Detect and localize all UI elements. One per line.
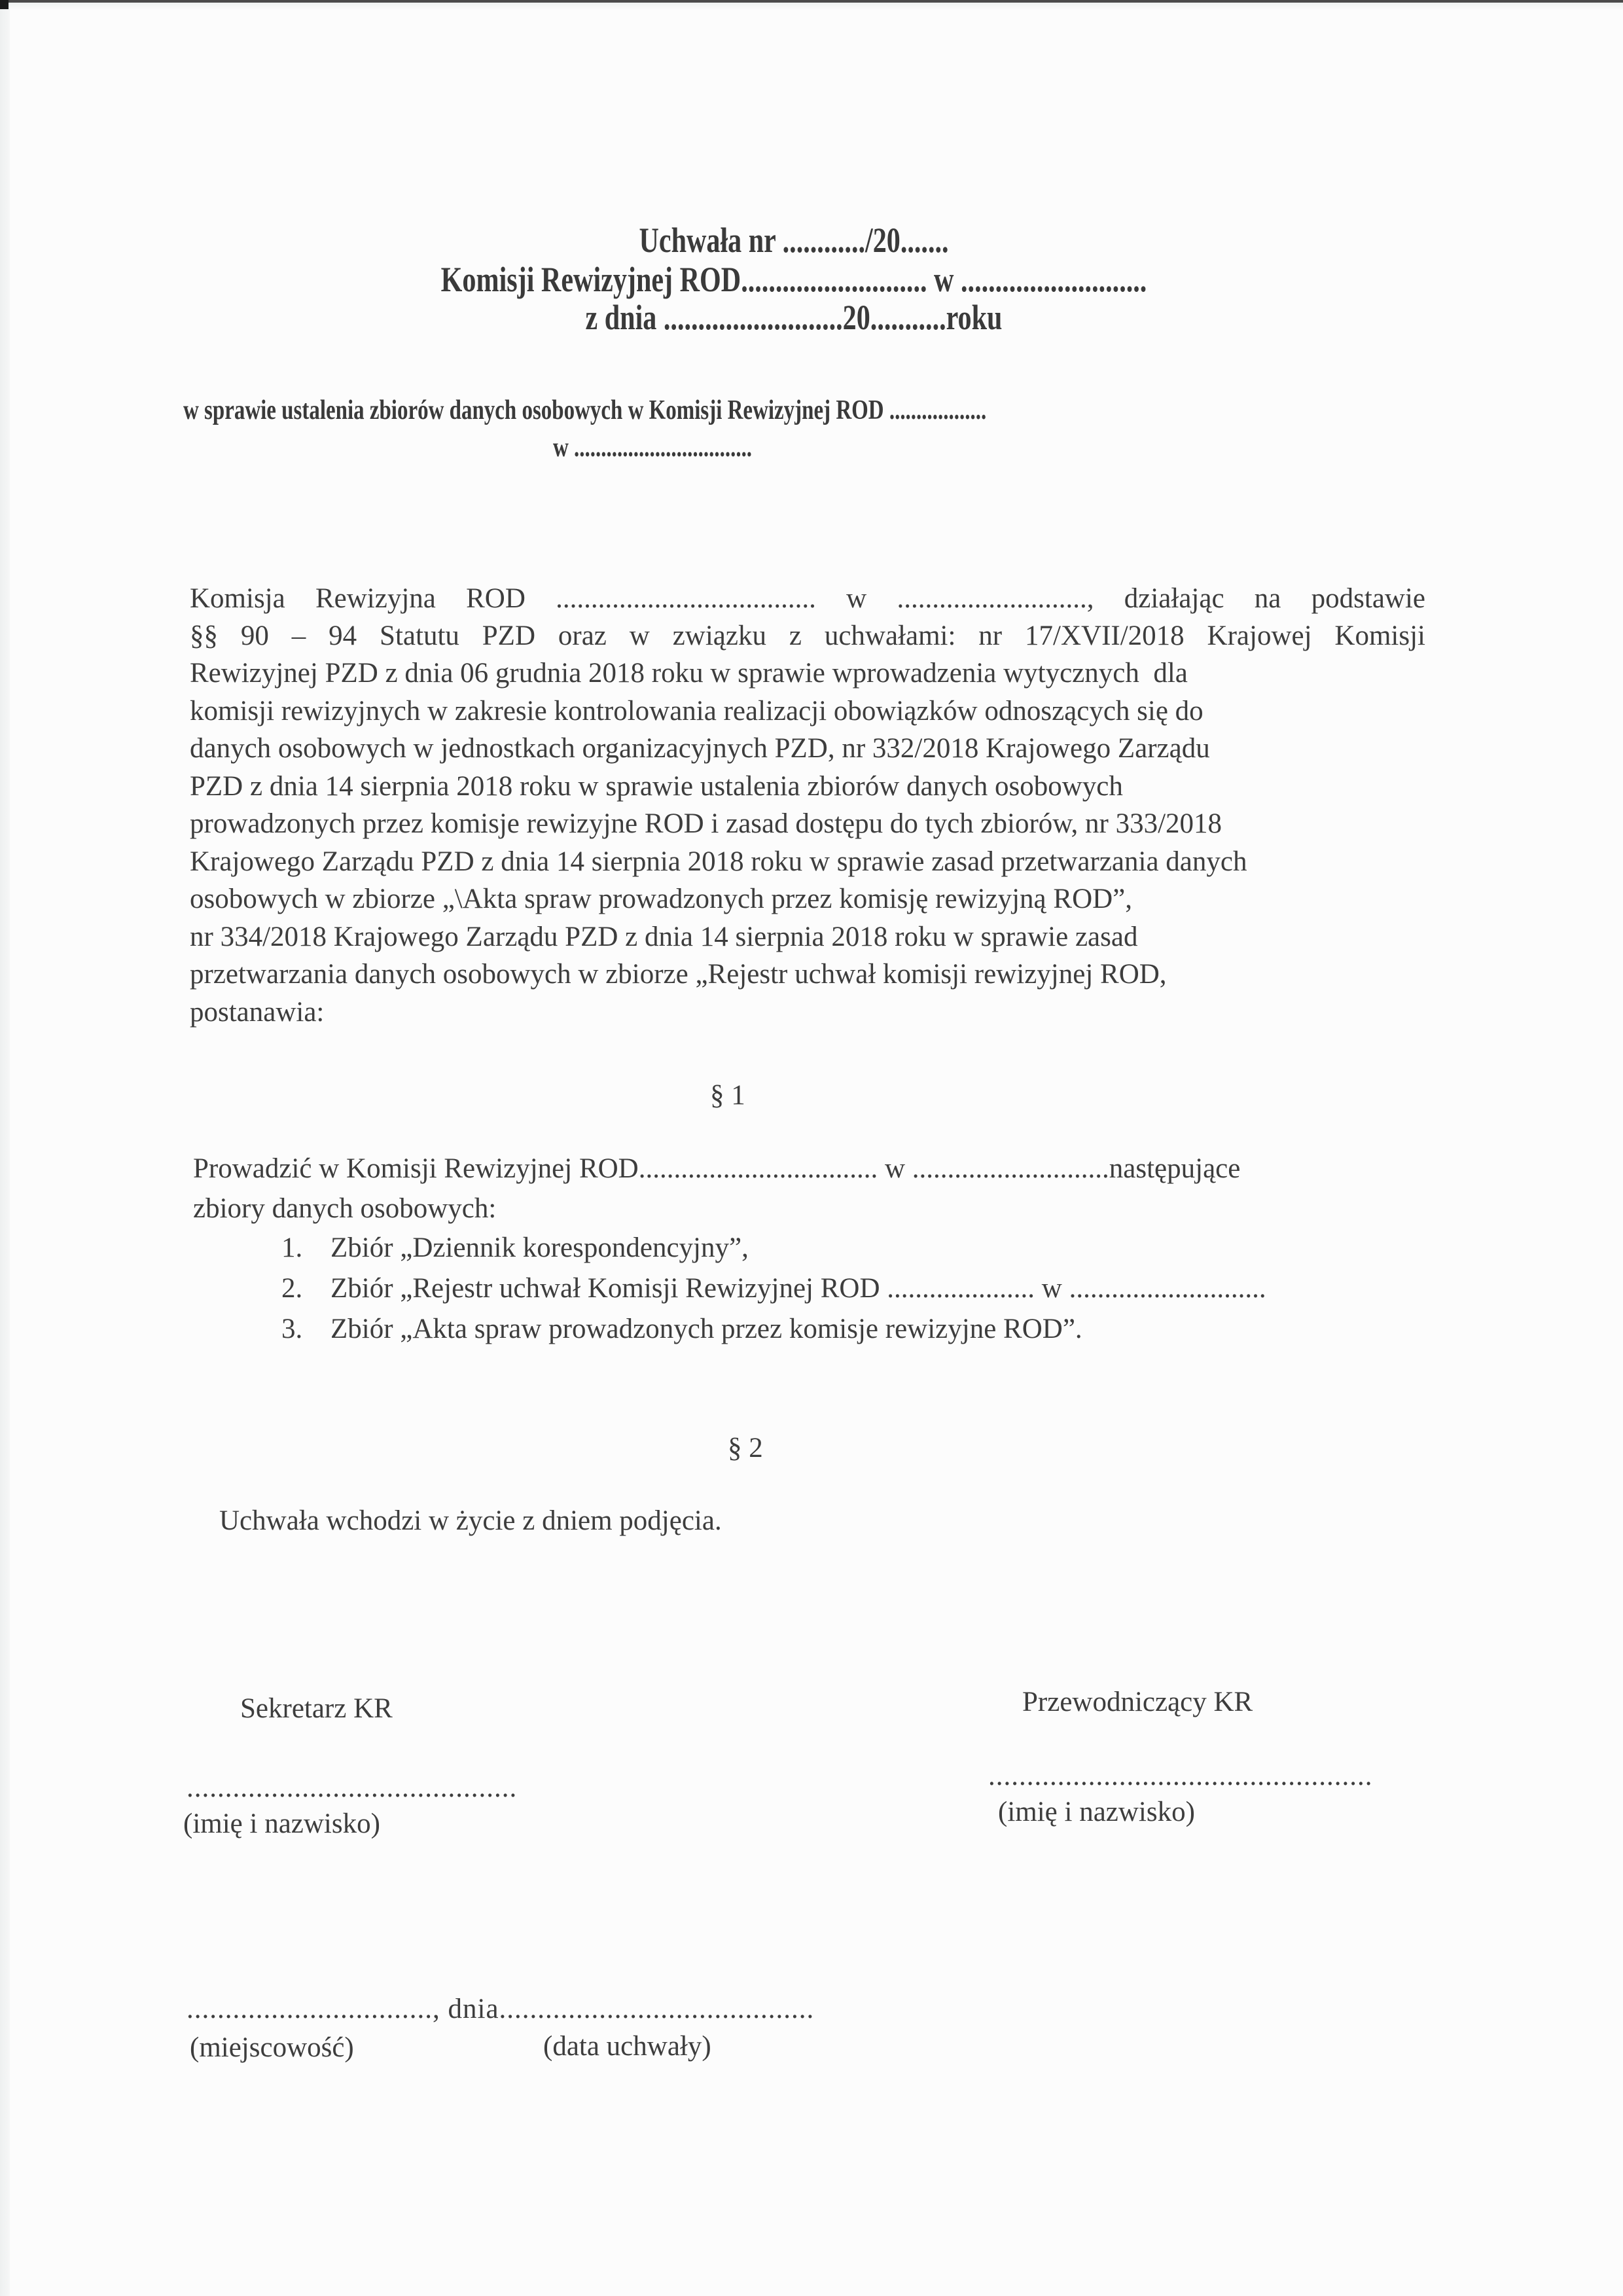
scan-edge-left (0, 0, 10, 2296)
preamble-line: przetwarzania danych osobowych w zbiorze… (190, 960, 1167, 988)
section-1-intro-continued: zbiory danych osobowych: (193, 1194, 496, 1223)
preamble-line: prowadzonych przez komisje rewizyjne ROD… (190, 810, 1222, 838)
list-item-number: 1. (281, 1234, 302, 1262)
place-date-line[interactable]: ................................, dnia..… (187, 1995, 814, 2023)
section-2-text: Uchwała wchodzi w życie z dniem podjęcia… (219, 1507, 722, 1535)
signature-line-chair[interactable]: ........................................… (988, 1762, 1373, 1790)
signature-caption-secretary: (imię i nazwisko) (183, 1810, 380, 1838)
preamble-line: Komisja Rewizyjna ROD ..................… (190, 584, 1425, 613)
scan-edge-shade (0, 3, 1623, 10)
document-page: Uchwała nr ............/20....... Komisj… (0, 0, 1623, 2296)
section-2-mark: § 2 (728, 1434, 763, 1462)
preamble-line: danych osobowych w jednostkach organizac… (190, 734, 1210, 762)
resolution-subject: w sprawie ustalenia zbiorów danych osobo… (183, 397, 986, 424)
preamble-line: Rewizyjnej PZD z dnia 06 grudnia 2018 ro… (190, 659, 1188, 687)
preamble-line: komisji rewizyjnych w zakresie kontrolow… (190, 697, 1204, 725)
date-caption: (data uchwały) (543, 2032, 711, 2060)
section-1-mark: § 1 (710, 1081, 745, 1109)
section-1-intro: Prowadzić w Komisji Rewizyjnej ROD......… (193, 1155, 1240, 1183)
place-caption: (miejscowość) (190, 2034, 354, 2062)
resolution-title: Uchwała nr ............/20....... (175, 223, 1413, 258)
preamble-line: osobowych w zbiorze „\Akta spraw prowadz… (190, 885, 1132, 913)
list-item-text: Zbiór „Akta spraw prowadzonych przez kom… (330, 1315, 1082, 1343)
list-item-number: 3. (281, 1315, 302, 1343)
preamble-line: postanawia: (190, 998, 324, 1026)
signature-caption-chair: (imię i nazwisko) (998, 1798, 1195, 1826)
signature-role-secretary: Sekretarz KR (240, 1695, 393, 1723)
resolution-date-line: z dnia ..........................20.....… (175, 300, 1413, 335)
preamble-line: nr 334/2018 Krajowego Zarządu PZD z dnia… (190, 923, 1137, 951)
signature-line-secretary[interactable]: ........................................… (187, 1774, 517, 1802)
preamble-line: PZD z dnia 14 sierpnia 2018 roku w spraw… (190, 772, 1123, 800)
list-item-text: Zbiór „Rejestr uchwał Komisji Rewizyjnej… (330, 1274, 1266, 1302)
preamble-line: §§ 90 – 94 Statutu PZD oraz w związku z … (190, 622, 1425, 650)
preamble-line: Krajowego Zarządu PZD z dnia 14 sierpnia… (190, 848, 1247, 876)
list-item-text: Zbiór „Dziennik korespondencyjny”, (330, 1234, 749, 1262)
scan-corner-mark (0, 0, 9, 9)
resolution-subject-location: w ................................. (553, 434, 752, 461)
signature-role-chair: Przewodniczący KR (1022, 1688, 1253, 1716)
list-item-number: 2. (281, 1274, 302, 1302)
resolution-committee-line: Komisji Rewizyjnej ROD..................… (175, 262, 1413, 297)
